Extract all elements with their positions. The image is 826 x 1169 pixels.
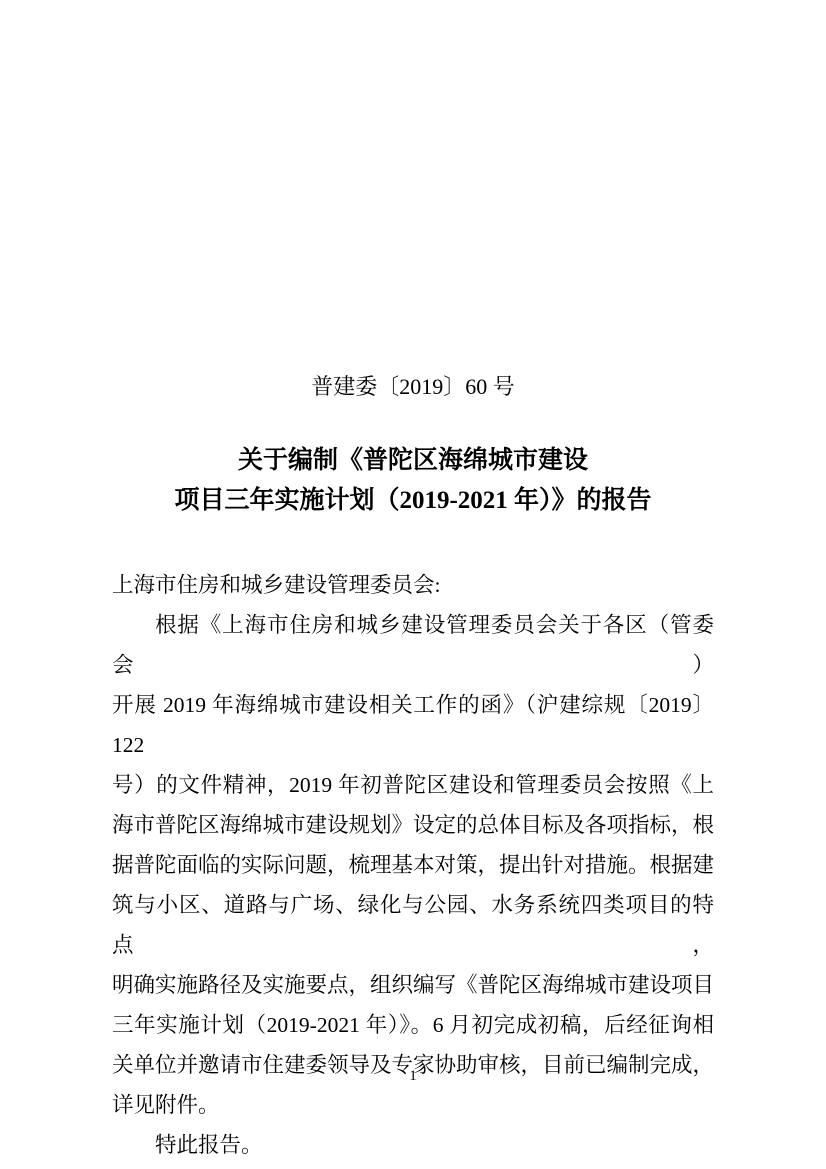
body-line: 三年实施计划（2019-2021 年）》。6 月初完成初稿，后经征询相 — [112, 1005, 714, 1045]
body-line: 开展 2019 年海绵城市建设相关工作的函》（沪建综规〔2019〕122 — [112, 685, 714, 765]
report-title-line-2: 项目三年实施计划（2019-2021 年）》的报告 — [90, 481, 736, 521]
body-line: 海市普陀区海绵城市建设规划》设定的总体目标及各项指标，根 — [112, 805, 714, 845]
body-line: 据普陀面临的实际问题，梳理基本对策，提出针对措施。根据建 — [112, 845, 714, 885]
document-page: 普建委〔2019〕60 号 关于编制《普陀区海绵城市建设 项目三年实施计划（20… — [0, 0, 826, 1169]
body-line: 根据《上海市住房和城乡建设管理委员会关于各区（管委会） — [112, 605, 714, 685]
body-line: 详见附件。 — [112, 1085, 714, 1125]
page-number: 1 — [0, 1066, 826, 1086]
report-title: 关于编制《普陀区海绵城市建设 项目三年实施计划（2019-2021 年）》的报告 — [90, 441, 736, 521]
body-line: 号）的文件精神，2019 年初普陀区建设和管理委员会按照《上 — [112, 765, 714, 805]
body-line: 明确实施路径及实施要点，组织编写《普陀区海绵城市建设项目 — [112, 965, 714, 1005]
report-title-line-1: 关于编制《普陀区海绵城市建设 — [90, 441, 736, 481]
doc-number: 普建委〔2019〕60 号 — [112, 372, 714, 402]
closing-line: 特此报告。 — [112, 1125, 714, 1165]
body-line: 筑与小区、道路与广场、绿化与公园、水务系统四类项目的特点， — [112, 885, 714, 965]
addressee-line: 上海市住房和城乡建设管理委员会: — [112, 565, 714, 605]
